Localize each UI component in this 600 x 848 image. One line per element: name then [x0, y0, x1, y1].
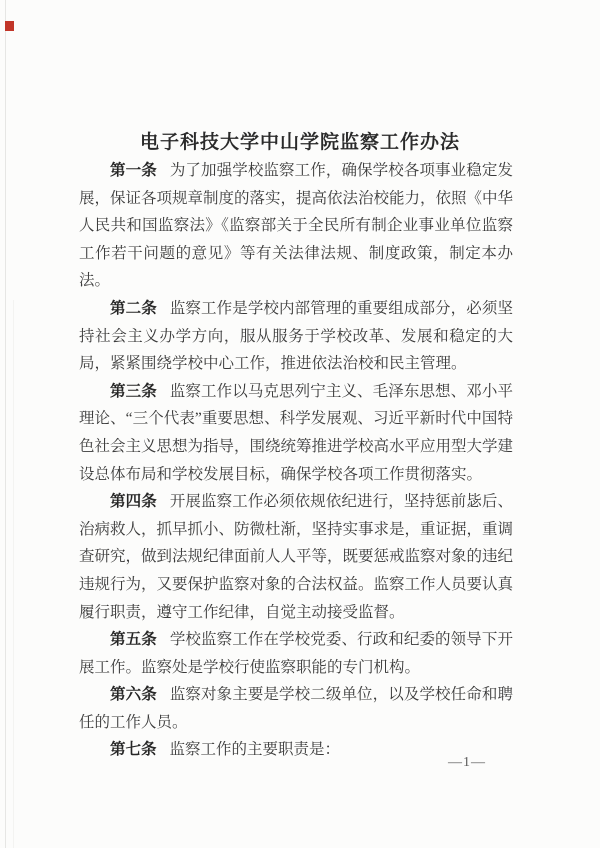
document-page: 电子科技大学中山学院监察工作办法 第一条为了加强学校监察工作，确保学校各项事业稳… [0, 0, 600, 848]
scan-edge-line-faint [13, 300, 14, 848]
article-paragraph: 第四条开展监察工作必须依规依纪进行，坚持惩前毖后、治病救人，抓早抓小、防微杜渐，… [79, 488, 513, 626]
article-paragraph: 第一条为了加强学校监察工作，确保学校各项事业稳定发展，保证各项规章制度的落实，提… [79, 157, 513, 295]
article-number: 第二条 [110, 300, 157, 317]
document-title: 电子科技大学中山学院监察工作办法 [0, 127, 600, 154]
article-paragraph: 第六条监察对象主要是学校二级单位，以及学校任命和聘任的工作人员。 [79, 681, 513, 736]
page-number: —1— [448, 755, 528, 771]
article-paragraph: 第二条监察工作是学校内部管理的重要组成部分，必须坚持社会主义办学方向，服从服务于… [79, 295, 513, 378]
article-text: 开展监察工作必须依规依纪进行，坚持惩前毖后、治病救人，抓早抓小、防微杜渐，坚持实… [79, 493, 513, 620]
article-text: 为了加强学校监察工作，确保学校各项事业稳定发展，保证各项规章制度的落实，提高依法… [79, 162, 513, 289]
article-number: 第五条 [110, 631, 157, 648]
article-number: 第三条 [110, 383, 157, 400]
article-number: 第七条 [110, 741, 157, 758]
article-paragraph: 第三条监察工作以马克思列宁主义、毛泽东思想、邓小平理论、“三个代表”重要思想、科… [79, 378, 513, 488]
article-text: 监察工作的主要职责是： [170, 741, 341, 758]
article-number: 第四条 [110, 493, 157, 510]
document-body: 第一条为了加强学校监察工作，确保学校各项事业稳定发展，保证各项规章制度的落实，提… [79, 157, 513, 764]
red-stamp-mark [5, 21, 14, 31]
article-number: 第一条 [110, 162, 157, 179]
article-paragraph: 第五条学校监察工作在学校党委、行政和纪委的领导下开展工作。监察处是学校行使监察职… [79, 626, 513, 681]
article-number: 第六条 [110, 686, 157, 703]
